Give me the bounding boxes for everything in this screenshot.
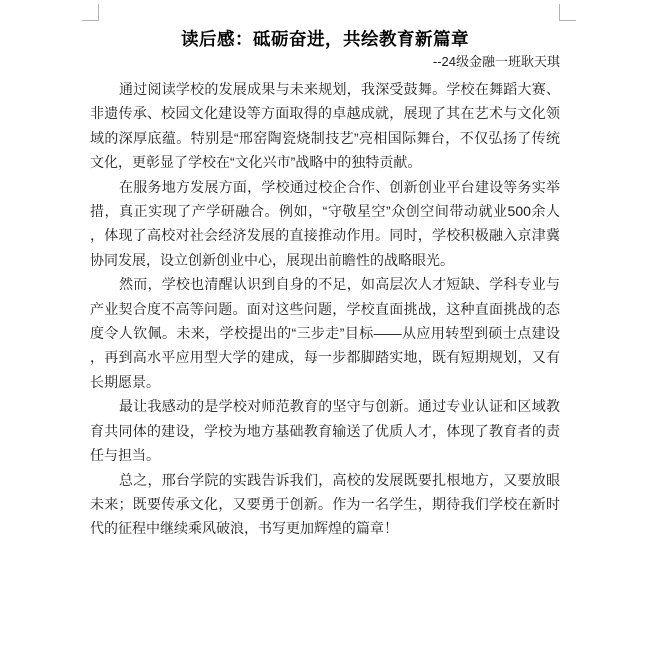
- text-line: 协同发展，设立创新创业中心，展现出前瞻性的战略眼光。: [90, 248, 560, 272]
- document-title: 读后感：砥砺奋进，共绘教育新篇章: [90, 29, 560, 49]
- text-area: 读后感：砥砺奋进，共绘教育新篇章 --24级金融一班耿天琪 通过阅读学校的发展成…: [90, 0, 560, 541]
- paragraph: 在服务地方发展方面，学校通过校企合作、创新创业平台建设等务实举措，真正实现了产学…: [90, 175, 560, 273]
- text-line: 域的深厚底蕴。特别是“邢窑陶瓷烧制技艺”亮相国际舞台，不仅弘扬了传统: [90, 126, 560, 150]
- text-line: ，体现了高校对社会经济发展的直接推动作用。同时，学校积极融入京津冀: [90, 223, 560, 247]
- document-page: 读后感：砥砺奋进，共绘教育新篇章 --24级金融一班耿天琪 通过阅读学校的发展成…: [0, 0, 659, 659]
- text-line: 产业契合度不高等问题。面对这些问题，学校直面挑战，这种直面挑战的态: [90, 297, 560, 321]
- author-byline: --24级金融一班耿天琪: [90, 54, 560, 70]
- text-line: 措，真正实现了产学研融合。例如，“守敬星空”众创空间带动就业500余人: [90, 199, 560, 223]
- text-line: ，再到高水平应用型大学的建成，每一步都脚踏实地，既有短期规划，又有: [90, 345, 560, 369]
- text-line: 非遗传承、校园文化建设等方面取得的卓越成就，展现了其在艺术与文化领: [90, 101, 560, 125]
- text-line: 度令人钦佩。未来，学校提出的“三步走”目标——从应用转型到硕士点建设: [90, 321, 560, 345]
- paragraph: 最让我感动的是学校对师范教育的坚守与创新。通过专业认证和区域教育共同体的建设，学…: [90, 394, 560, 467]
- text-line: 任与担当。: [90, 443, 560, 467]
- text-line: 文化，更彰显了学校在“文化兴市”战略中的独特贡献。: [90, 150, 560, 174]
- text-line: 总之，邢台学院的实践告诉我们，高校的发展既要扎根地方，又要放眼: [90, 468, 560, 492]
- text-line: 然而，学校也清醒认识到自身的不足，如高层次人才短缺、学科专业与: [90, 272, 560, 296]
- paragraph: 总之，邢台学院的实践告诉我们，高校的发展既要扎根地方，又要放眼未来；既要传承文化…: [90, 468, 560, 541]
- paragraph: 然而，学校也清醒认识到自身的不足，如高层次人才短缺、学科专业与产业契合度不高等问…: [90, 272, 560, 394]
- text-line: 代的征程中继续乘风破浪，书写更加辉煌的篇章！: [90, 516, 560, 540]
- text-line: 通过阅读学校的发展成果与未来规划，我深受鼓舞。学校在舞蹈大赛、: [90, 77, 560, 101]
- paragraph: 通过阅读学校的发展成果与未来规划，我深受鼓舞。学校在舞蹈大赛、非遗传承、校园文化…: [90, 77, 560, 175]
- margin-corner-mark-top-right-icon: [559, 4, 576, 21]
- text-line: 最让我感动的是学校对师范教育的坚守与创新。通过专业认证和区域教: [90, 394, 560, 418]
- document-body: 通过阅读学校的发展成果与未来规划，我深受鼓舞。学校在舞蹈大赛、非遗传承、校园文化…: [90, 77, 560, 541]
- text-line: 未来；既要传承文化，又要勇于创新。作为一名学生，期待我们学校在新时: [90, 492, 560, 516]
- text-line: 育共同体的建设，学校为地方基础教育输送了优质人才，体现了教育者的责: [90, 419, 560, 443]
- text-line: 在服务地方发展方面，学校通过校企合作、创新创业平台建设等务实举: [90, 175, 560, 199]
- text-line: 长期愿景。: [90, 370, 560, 394]
